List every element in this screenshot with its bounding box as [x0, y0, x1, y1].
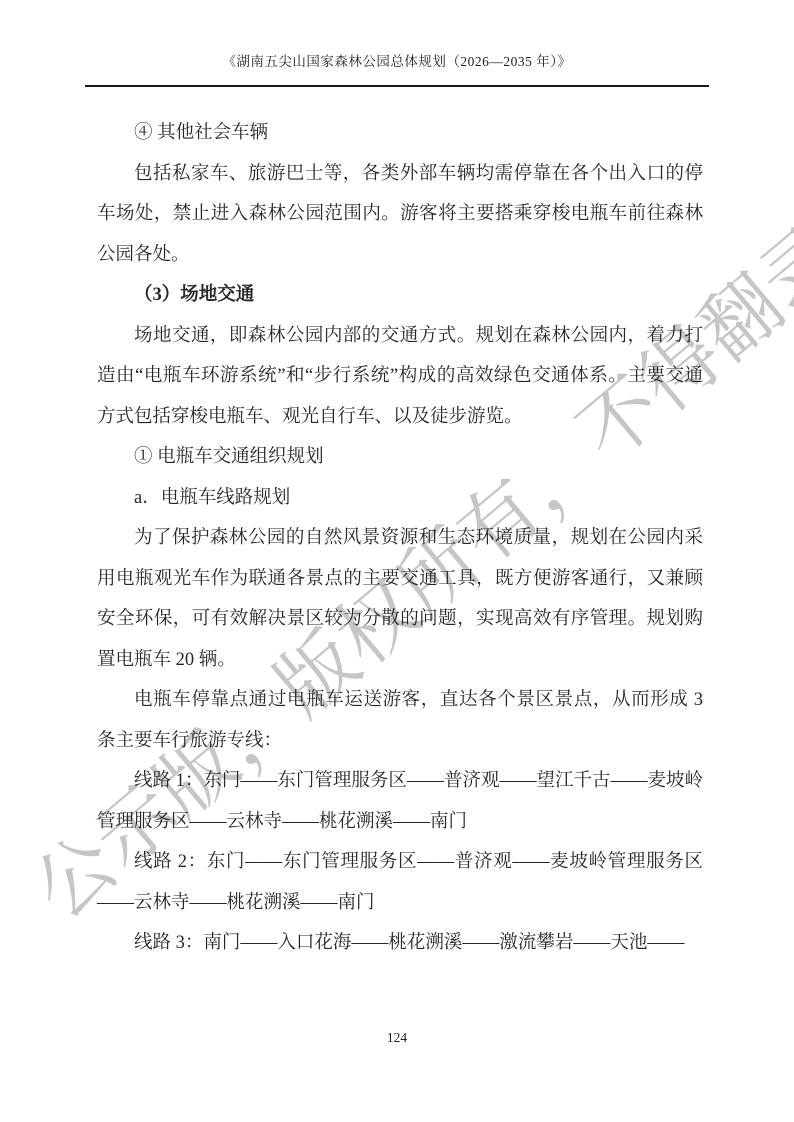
- document-content: ④ 其他社会车辆 包括私家车、旅游巴士等，各类外部车辆均需停靠在各个出入口的停车…: [97, 113, 703, 964]
- page-number: 124: [0, 1030, 794, 1046]
- item-heading-shuttle-traffic-organization: ① 电瓶车交通组织规划: [97, 437, 703, 478]
- paragraph-shuttle-purpose: 为了保护森林公园的自然风景资源和生态环境质量，规划在公园内采用电瓶观光车作为联通…: [97, 518, 703, 680]
- header-title: 《湖南五尖山国家森林公园总体规划（2026—2035 年）》: [85, 50, 709, 70]
- paragraph-site-traffic-overview: 场地交通，即森林公园内部的交通方式。规划在森林公园内，着力打造由“电瓶车环游系统…: [97, 316, 703, 438]
- route-line-3: 线路 3：南门——入口花海——桃花溯溪——激流攀岩——天池——: [97, 923, 703, 964]
- item-heading-shuttle-route-planning: a．电瓶车线路规划: [97, 478, 703, 519]
- paragraph-external-vehicle-parking: 包括私家车、旅游巴士等，各类外部车辆均需停靠在各个出入口的停车场处，禁止进入森林…: [97, 154, 703, 276]
- route-line-1: 线路 1：东门——东门管理服务区——普济观——望江千古——麦坡岭管理服务区——云…: [97, 761, 703, 842]
- item-heading-other-social-vehicles: ④ 其他社会车辆: [97, 113, 703, 154]
- section-heading-site-traffic: （3）场地交通: [97, 275, 703, 316]
- document-page: 公示版，版权所有，不得翻录 《湖南五尖山国家森林公园总体规划（2026—2035…: [0, 0, 794, 1122]
- header-divider: [85, 85, 709, 87]
- paragraph-shuttle-routes-intro: 电瓶车停靠点通过电瓶车运送游客，直达各个景区景点，从而形成 3 条主要车行旅游专…: [97, 680, 703, 761]
- route-line-2: 线路 2：东门——东门管理服务区——普济观——麦坡岭管理服务区——云林寺——桃花…: [97, 842, 703, 923]
- page-header: 《湖南五尖山国家森林公园总体规划（2026—2035 年）》: [85, 50, 709, 87]
